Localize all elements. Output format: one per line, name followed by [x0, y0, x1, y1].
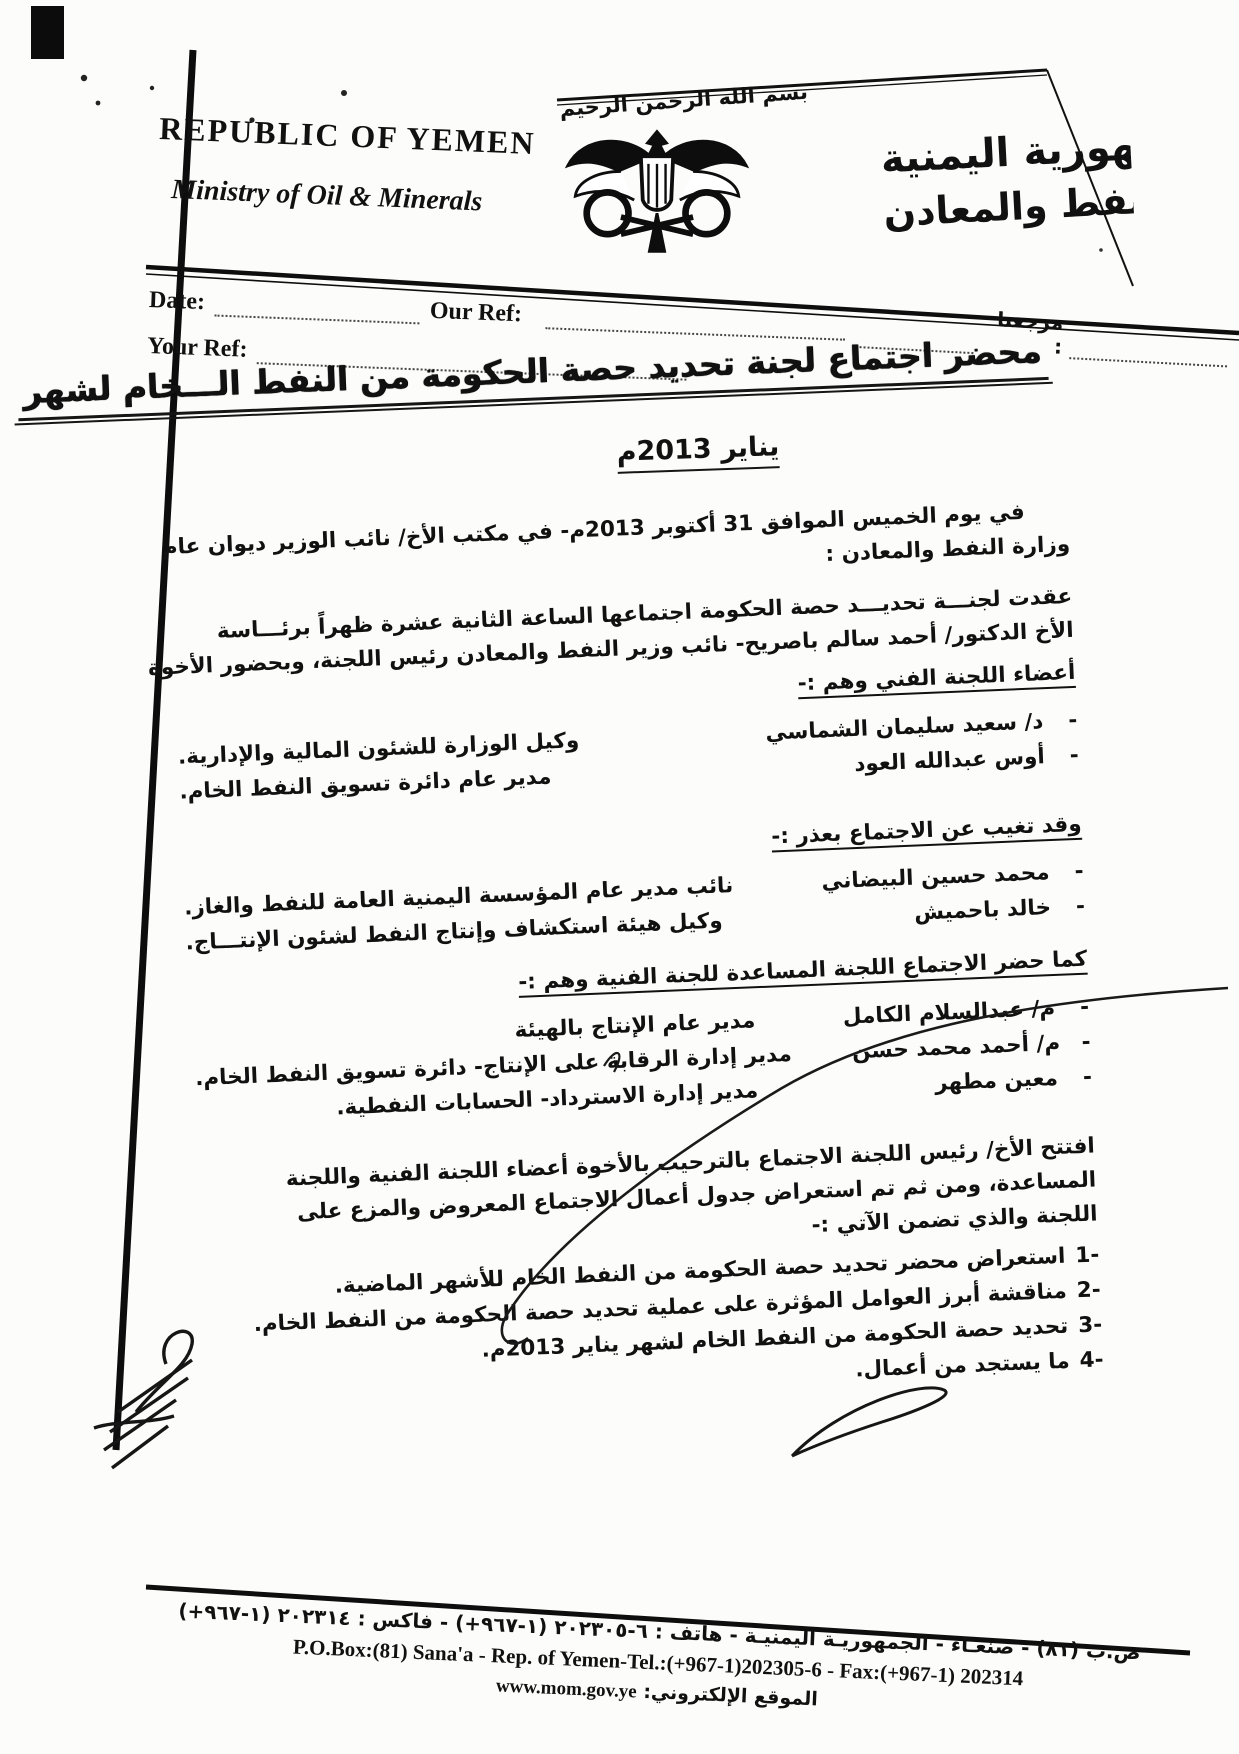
paragraph-meeting-date: في يوم الخميس الموافق 31 أكتوبر 2013م- ف…: [169, 494, 1071, 599]
agenda-list: 1- استعراض محضر تحديد حصة الحكومة من الن…: [199, 1239, 1104, 1415]
website-label: الموقع الإلكتروني:: [643, 1681, 818, 1711]
country-name-english: REPUBLIC OF YEMEN: [159, 110, 537, 162]
yemen-eagle-emblem-icon: [562, 122, 752, 258]
date-blank-line: [214, 295, 420, 325]
our-ref-blank-line: [545, 307, 846, 341]
document-body: في يوم الخميس الموافق 31 أكتوبر 2013م- ف…: [169, 494, 1105, 1415]
document-footer: ص.ب (٨١) - صنعـاء - الجمهوريـة اليمنيـة …: [164, 1598, 1152, 1726]
our-ref-label: Our Ref:: [429, 298, 522, 329]
arabic-letterhead-calligraphy: الجمهورية اليمنية وزارة النفط والمعادن: [879, 120, 1134, 240]
website-url: www.mom.gov.ye: [495, 1675, 637, 1702]
signature-scribble-right: [786, 1378, 956, 1463]
ministry-name-arabic: وزارة النفط والمعادن: [882, 175, 1134, 239]
date-label: Date:: [149, 287, 206, 316]
scanned-document-page: REPUBLIC OF YEMEN Ministry of Oil & Mine…: [0, 0, 1239, 1754]
your-ref-label: Your Ref:: [147, 333, 248, 364]
bismillah-calligraphy: بسم الله الرحمن الرحيم: [567, 80, 808, 121]
ministry-name-english: Ministry of Oil & Minerals: [171, 174, 483, 218]
document-subtitle-month: يناير 2013م: [588, 430, 809, 469]
assisting-members-list: - م/ عبدالسلام الكامل مدير عام الإنتاج ب…: [189, 991, 1093, 1132]
